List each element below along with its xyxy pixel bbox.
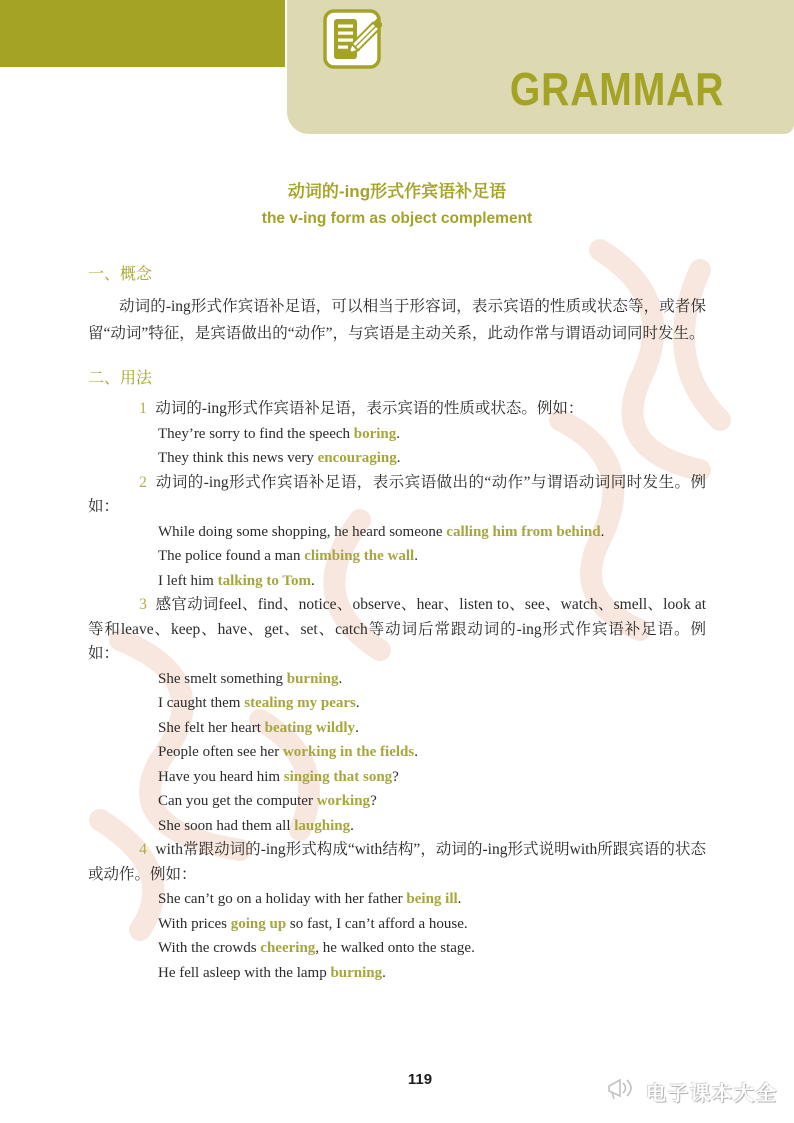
item-number: 1	[139, 400, 147, 417]
example-sentence: They think this news very encouraging.	[158, 446, 706, 471]
item-number: 3	[139, 596, 147, 613]
example-sentence: She soon had them all laughing.	[158, 814, 706, 839]
usage-items: 1动词的-ing形式作宾语补足语，表示宾语的性质或状态。例如：They’re s…	[88, 397, 706, 985]
page-content: 动词的-ing形式作宾语补足语 the v-ing form as object…	[0, 0, 794, 985]
highlighted-phrase: talking to Tom	[218, 573, 311, 589]
example-sentence: I left him talking to Tom.	[158, 569, 706, 594]
example-sentence: They’re sorry to find the speech boring.	[158, 422, 706, 447]
example-sentence: Have you heard him singing that song?	[158, 765, 706, 790]
highlighted-phrase: stealing my pears	[244, 695, 356, 711]
example-sentence: I caught them stealing my pears.	[158, 691, 706, 716]
item-number: 4	[139, 841, 147, 858]
highlighted-phrase: cheering	[260, 940, 315, 956]
example-sentence: Can you get the computer working?	[158, 789, 706, 814]
highlighted-phrase: calling him from behind	[446, 524, 600, 540]
highlighted-phrase: climbing the wall	[304, 548, 414, 564]
brand-label: 电子课本大全	[646, 1077, 778, 1106]
example-sentence: With prices going up so fast, I can’t af…	[158, 912, 706, 937]
textbook-page: GRAMMAR 动词的-ing形式作宾语补足语 the v-ing form a…	[0, 0, 794, 1123]
example-sentence: She felt her heart beating wildly.	[158, 716, 706, 741]
megaphone-icon	[607, 1076, 637, 1107]
usage-item-text: 4with常跟动词的-ing形式构成“with结构”，动词的-ing形式说明wi…	[88, 838, 706, 887]
section-heading-usage: 二、用法	[88, 369, 706, 389]
item-number: 2	[139, 474, 147, 491]
example-sentence: She smelt something burning.	[158, 667, 706, 692]
example-sentence: She can’t go on a holiday with her fathe…	[158, 887, 706, 912]
usage-item-text: 1动词的-ing形式作宾语补足语，表示宾语的性质或状态。例如：	[88, 397, 706, 422]
highlighted-phrase: singing that song	[284, 769, 392, 785]
highlighted-phrase: working in the fields	[283, 744, 414, 760]
highlighted-phrase: encouraging	[318, 450, 397, 466]
example-sentence: With the crowds cheering, he walked onto…	[158, 936, 706, 961]
concept-paragraph: 动词的-ing形式作宾语补足语，可以相当于形容词，表示宾语的性质或状态等，或者保…	[88, 293, 706, 347]
usage-item-text: 3感官动词feel、find、notice、observe、hear、liste…	[88, 593, 706, 667]
highlighted-phrase: burning	[287, 671, 339, 687]
example-sentence: He fell asleep with the lamp burning.	[158, 961, 706, 986]
brand-watermark: 电子课本大全	[607, 1076, 778, 1107]
usage-item-text: 2动词的-ing形式作宾语补足语，表示宾语做出的“动作”与谓语动词同时发生。例如…	[88, 471, 706, 520]
highlighted-phrase: laughing	[294, 818, 350, 834]
highlighted-phrase: going up	[231, 916, 286, 932]
highlighted-phrase: working	[317, 793, 370, 809]
example-sentence: People often see her working in the fiel…	[158, 740, 706, 765]
lesson-title-en: the v-ing form as object complement	[88, 209, 706, 228]
highlighted-phrase: burning	[330, 965, 382, 981]
example-sentence: The police found a man climbing the wall…	[158, 544, 706, 569]
example-sentence: While doing some shopping, he heard some…	[158, 520, 706, 545]
highlighted-phrase: being ill	[406, 891, 457, 907]
highlighted-phrase: boring	[354, 426, 397, 442]
highlighted-phrase: beating wildly	[265, 720, 355, 736]
lesson-title-zh: 动词的-ing形式作宾语补足语	[88, 182, 706, 202]
section-heading-concept: 一、概念	[88, 265, 706, 285]
